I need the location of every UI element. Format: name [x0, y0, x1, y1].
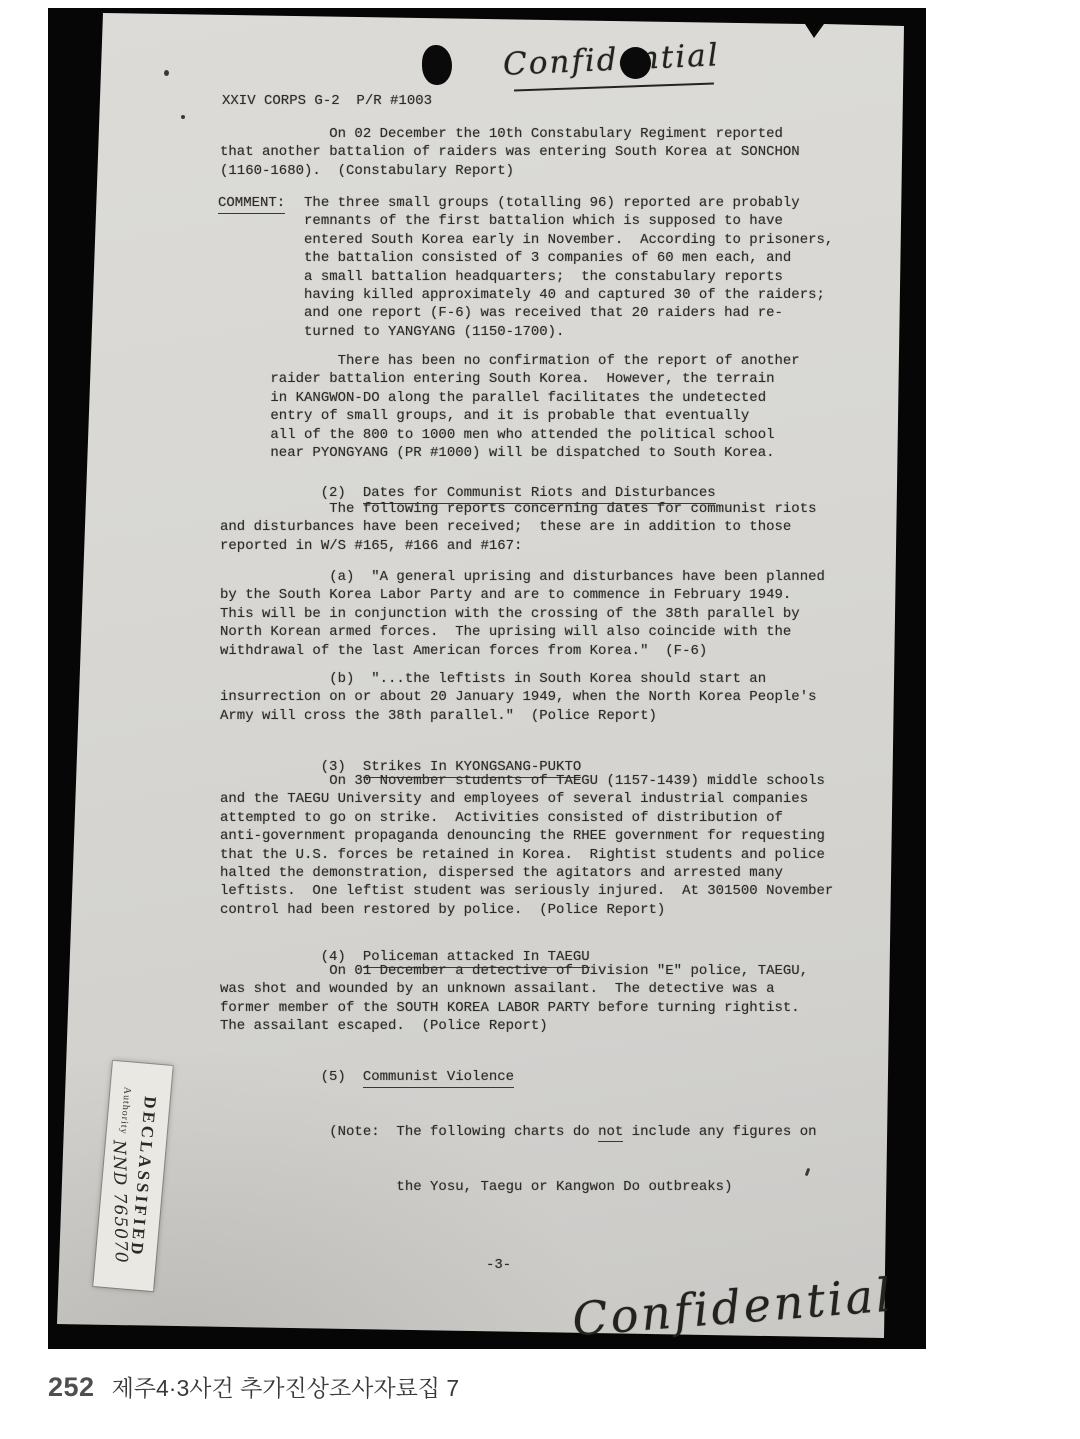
page-number: -3-	[486, 1256, 511, 1274]
authority-label: Authority	[118, 1086, 133, 1135]
note-line-1: (Note: The following charts do not inclu…	[220, 1123, 817, 1141]
caption-title: 제주4·3사건 추가진상조사자료집 7	[112, 1370, 460, 1403]
note-block: (Note: The following charts do not inclu…	[220, 1086, 817, 1233]
paragraph-uprising-a: (a) "A general uprising and disturbances…	[220, 568, 825, 660]
book-caption: 252 제주4·3사건 추가진상조사자료집 7	[48, 1370, 459, 1403]
note-text: include any figures on	[623, 1124, 816, 1140]
section-number: (2)	[321, 485, 346, 501]
doc-header: XXIV CORPS G-2 P/R #1003	[222, 92, 432, 110]
paper-speck	[181, 115, 185, 119]
paragraph-confirmation: There has been no confirmation of the re…	[220, 352, 800, 462]
paragraph-dates: The following reports concerning dates f…	[220, 500, 817, 555]
note-emphasis: not	[598, 1124, 623, 1142]
paragraph-raiders: On 02 December the 10th Constabulary Reg…	[220, 125, 800, 180]
section-number: (5)	[321, 1069, 346, 1085]
paragraph-comment: The three small groups (totalling 96) re…	[220, 194, 833, 341]
paper-speck	[164, 70, 169, 76]
caption-page-number: 252	[48, 1372, 95, 1403]
note-line-2: the Yosu, Taegu or Kangwon Do outbreaks)	[220, 1178, 817, 1196]
paragraph-policeman: On 01 December a detective of Division "…	[220, 962, 808, 1036]
paragraph-insurrection-b: (b) "...the leftists in South Korea shou…	[220, 670, 817, 725]
book-page: Confidential XXIV CORPS G-2 P/R #1003 On…	[0, 0, 1080, 1439]
hole-punch-icon	[620, 47, 651, 79]
authority-number: NND 765070	[109, 1139, 131, 1263]
hole-punch-icon	[422, 45, 452, 85]
paragraph-taegu-strikes: On 30 November students of TAEGU (1157-1…	[220, 772, 833, 919]
note-text: (Note: The following charts do	[220, 1124, 598, 1140]
